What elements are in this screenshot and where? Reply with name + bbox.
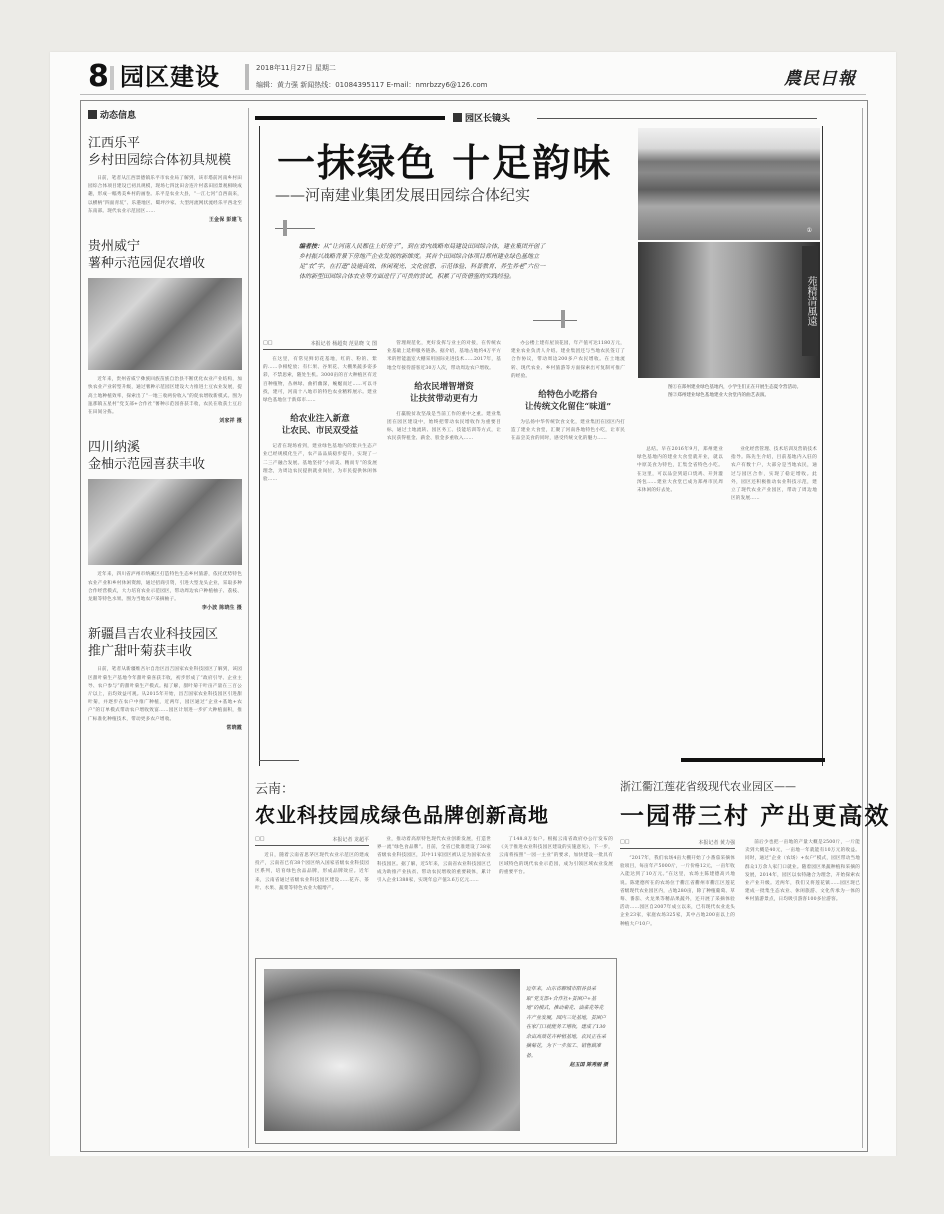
page-number: 8	[88, 60, 109, 94]
brief-body: 日前，笔者从新疆维吾尔自治区昌吉国家农业科技园区了解到，该园区甜叶菊生产基地今年…	[88, 666, 242, 732]
article-byline: □□ 本报记者 黄力强	[620, 839, 735, 849]
brief-title: 贵州威宁 薯种示范园促农增收	[88, 238, 242, 272]
peony-field-photo	[264, 969, 520, 1131]
body-column: 办公楼上建有屋顶花园，年产值可达1180万元，建业农业负责人介绍。建业集团还与当…	[511, 340, 625, 444]
byline-box-icon: □□	[255, 836, 264, 843]
body-column: 了148.8万农户。根据云南省政府办公厅发布的《关于推进农业科技园区建设的实施意…	[499, 836, 613, 893]
brief-body: 近年来，四川省泸州市纳溪区打造特色生态乡村旅游，依托优势特色农业产业和乡村休闲资…	[88, 571, 242, 612]
tag-square-icon	[453, 113, 462, 122]
brief-byline: 刘家祥 摄	[88, 417, 242, 425]
potato-harvest-photo	[88, 278, 242, 370]
photo-byline: 赵玉国 陈秀丽 摄	[526, 1061, 608, 1071]
issue-date: 2018年11月27日 星期二	[256, 63, 336, 73]
byline-box-icon: □□	[263, 340, 272, 347]
photo-caption: 近年来，山东省聊城市阳谷县采取“党支部+合作社+贫困户+基地”的模式，推动菊花、…	[526, 985, 608, 1071]
article-kicker: 浙江衢江莲花省级现代农业园区——	[620, 778, 860, 794]
section-title: 园区建设	[120, 62, 220, 92]
feature-tag: 园区长镜头	[453, 111, 510, 124]
pomelo-harvest-photo	[88, 479, 242, 565]
ecological-park-photo: ①	[638, 128, 820, 240]
article-body: □□ 本报记者 龙超平 近日，随着云南省思茅区现代农业示范区的建成投产，云南省已…	[255, 836, 615, 893]
brief-article[interactable]: 四川纳溪 金柚示范园喜获丰收 近年来，四川省泸州市纳溪区打造特色生态乡村旅游，依…	[88, 439, 242, 612]
article-kicker: 云南：	[255, 778, 615, 797]
body-column: □□ 本报记者 黄力强 “2017年，我们农场4亩大棚开始了小番茄采摘体验项目，…	[620, 839, 735, 929]
thin-rule	[537, 118, 817, 119]
article-headline: 农业科技园成绿色品牌创新高地	[255, 799, 615, 828]
photo-number: ①	[807, 227, 812, 234]
column-tag-label: 动态信息	[100, 108, 136, 121]
brief-byline: 李小波 陈晓生 摄	[88, 604, 242, 612]
decorative-bar	[561, 310, 565, 328]
masthead-divider	[110, 66, 114, 90]
news-briefs-column: 动态信息 江西乐平 乡村田园综合体初具规模 日前，笔者从江西景德镇乐平市农业局了…	[88, 108, 242, 732]
feature-subhead: ——河南建业集团发展田园综合体纪实	[275, 184, 530, 205]
brief-article[interactable]: 江西乐平 乡村田园综合体初具规模 日前，笔者从江西景德镇乐平市农业局了解到，该市…	[88, 135, 242, 224]
newspaper-logo: 農民日報	[784, 64, 856, 89]
brief-title: 四川纳溪 金柚示范园喜获丰收	[88, 439, 242, 473]
article-body: □□ 本报记者 黄力强 “2017年，我们农场4亩大棚开始了小番茄采摘体验项目，…	[620, 839, 860, 929]
editor-contact: 编辑：黄力强 新闻热线：01084395117 E-mail：nmrbzzy6@…	[256, 80, 487, 90]
body-column: 前后少也把一亩地的产量大概是2500斤，一斤能卖到大概是40元，一亩地一年就能有…	[745, 839, 860, 929]
article-byline: □□ 本报记者 龙超平	[255, 836, 369, 846]
opera-performance-photo: 苑精清風遠	[638, 242, 820, 378]
calligraphy-banner: 苑精清風遠	[802, 246, 818, 356]
body-column: 业化经营管理、技术培训及营销技术指导。陈先生介绍，目前基地内入驻的农户有数十户，…	[731, 446, 817, 503]
decorative-rule	[275, 228, 315, 229]
byline-box-icon: □□	[620, 839, 629, 846]
editor-note-label: 编者按：	[299, 243, 323, 250]
masthead-divider	[245, 64, 249, 90]
peony-photo-box: 近年来，山东省聊城市阳谷县采取“党支部+合作社+贫困户+基地”的模式，推动菊花、…	[255, 958, 617, 1144]
zhejiang-article[interactable]: 浙江衢江莲花省级现代农业园区—— 一园带三村 产出更高效 □□ 本报记者 黄力强…	[620, 778, 860, 929]
section-subtitle: 给农业注入新意 让农民、市民双受益	[263, 413, 377, 437]
brief-article[interactable]: 新疆昌吉农业科技园区 推广甜叶菊获丰收 日前，笔者从新疆维吾尔自治区昌吉国家农业…	[88, 626, 242, 732]
yunnan-article[interactable]: 云南： 农业科技园成绿色品牌创新高地 □□ 本报记者 龙超平 近日，随着云南省思…	[255, 778, 615, 893]
article-byline: □□ 本报记者 杨超贵 范显晓 文 图	[263, 340, 377, 350]
body-column: 总结。早在2016年9月，郑州建业绿色基地内的建业大食堂就开业，就以中原美食为特…	[637, 446, 723, 495]
body-column: □□ 本报记者 杨超贵 范显晓 文 图 在这里，有常见鲜切花基地，红的、粉的、紫…	[263, 340, 377, 484]
editor-note: 编者按：从“让河南人民都住上好房子”，到在省内战略布局建设田园综合体，建业集团开…	[299, 242, 549, 282]
section-subtitle: 给特色小吃搭台 让传统文化留住“味道”	[511, 389, 625, 413]
body-column: □□ 本报记者 龙超平 近日，随着云南省思茅区现代农业示范区的建成投产，云南省已…	[255, 836, 369, 893]
feature-photos: ① 苑精清風遠 图①在郑州建业绿色基地内，小学生们正在开展生态夏令营活动。 图②…	[638, 128, 820, 400]
editor-note-text: 从“让河南人民都住上好房子”，到在省内战略布局建设田园综合体，建业集团开创了乡村…	[299, 243, 545, 280]
column-divider	[862, 108, 863, 1148]
section-subtitle: 给农民增智增资 让扶贫带动更有力	[387, 381, 501, 405]
decorative-bar	[283, 220, 287, 236]
column-tag: 动态信息	[88, 108, 242, 121]
feature-headline: 一抹绿色 十足韵味	[277, 132, 612, 187]
photo-caption: 图①在郑州建业绿色基地内，小学生们正在开展生态夏令营活动。 图②郑州建业绿色基地…	[638, 378, 820, 400]
article-headline: 一园带三村 产出更高效	[620, 796, 860, 831]
body-column: 管理规范化，更好发挥与业主的对接，在传统农业基础上延伸服务链条。据介绍，基地占地…	[387, 340, 501, 444]
thin-rule	[259, 760, 299, 761]
body-column: 业，推动着高原特色现代农业创新发展，打造世界一流“绿色食品牌”。目前，全省已批准…	[377, 836, 491, 893]
tag-square-icon	[88, 110, 97, 119]
brief-article[interactable]: 贵州威宁 薯种示范园促农增收 近年来，贵州省威宁彝族回族苗族自治县不断优化农业产…	[88, 238, 242, 425]
background-strip	[0, 1156, 944, 1214]
brief-body: 近年来，贵州省威宁彝族回族苗族自治县不断优化农业产业结构，加快农业产业转型升级，…	[88, 376, 242, 425]
masthead: 8 园区建设 2018年11月27日 星期二 编辑：黄力强 新闻热线：01084…	[80, 60, 866, 95]
feature-article[interactable]: 园区长镜头 一抹绿色 十足韵味 ——河南建业集团发展田园综合体纪实 编者按：从“…	[255, 108, 859, 768]
thick-rule	[255, 116, 445, 120]
newspaper-page: 8 园区建设 2018年11月27日 星期二 编辑：黄力强 新闻热线：01084…	[50, 52, 896, 1156]
thick-rule	[681, 758, 825, 762]
brief-byline: 常晓霞	[88, 724, 242, 732]
brief-title: 江西乐平 乡村田园综合体初具规模	[88, 135, 242, 169]
brief-byline: 王金保 彭建飞	[88, 216, 242, 224]
column-divider	[248, 108, 249, 1148]
decorative-rule	[533, 320, 577, 321]
feature-tag-label: 园区长镜头	[465, 111, 510, 124]
brief-title: 新疆昌吉农业科技园区 推广甜叶菊获丰收	[88, 626, 242, 660]
brief-body: 日前，笔者从江西景德镇乐平市农业局了解到，该市塔前河南乡村田园综合体项目建设已初…	[88, 175, 242, 224]
feature-body: □□ 本报记者 杨超贵 范显晓 文 图 在这里，有常见鲜切花基地，红的、粉的、紫…	[263, 340, 637, 730]
